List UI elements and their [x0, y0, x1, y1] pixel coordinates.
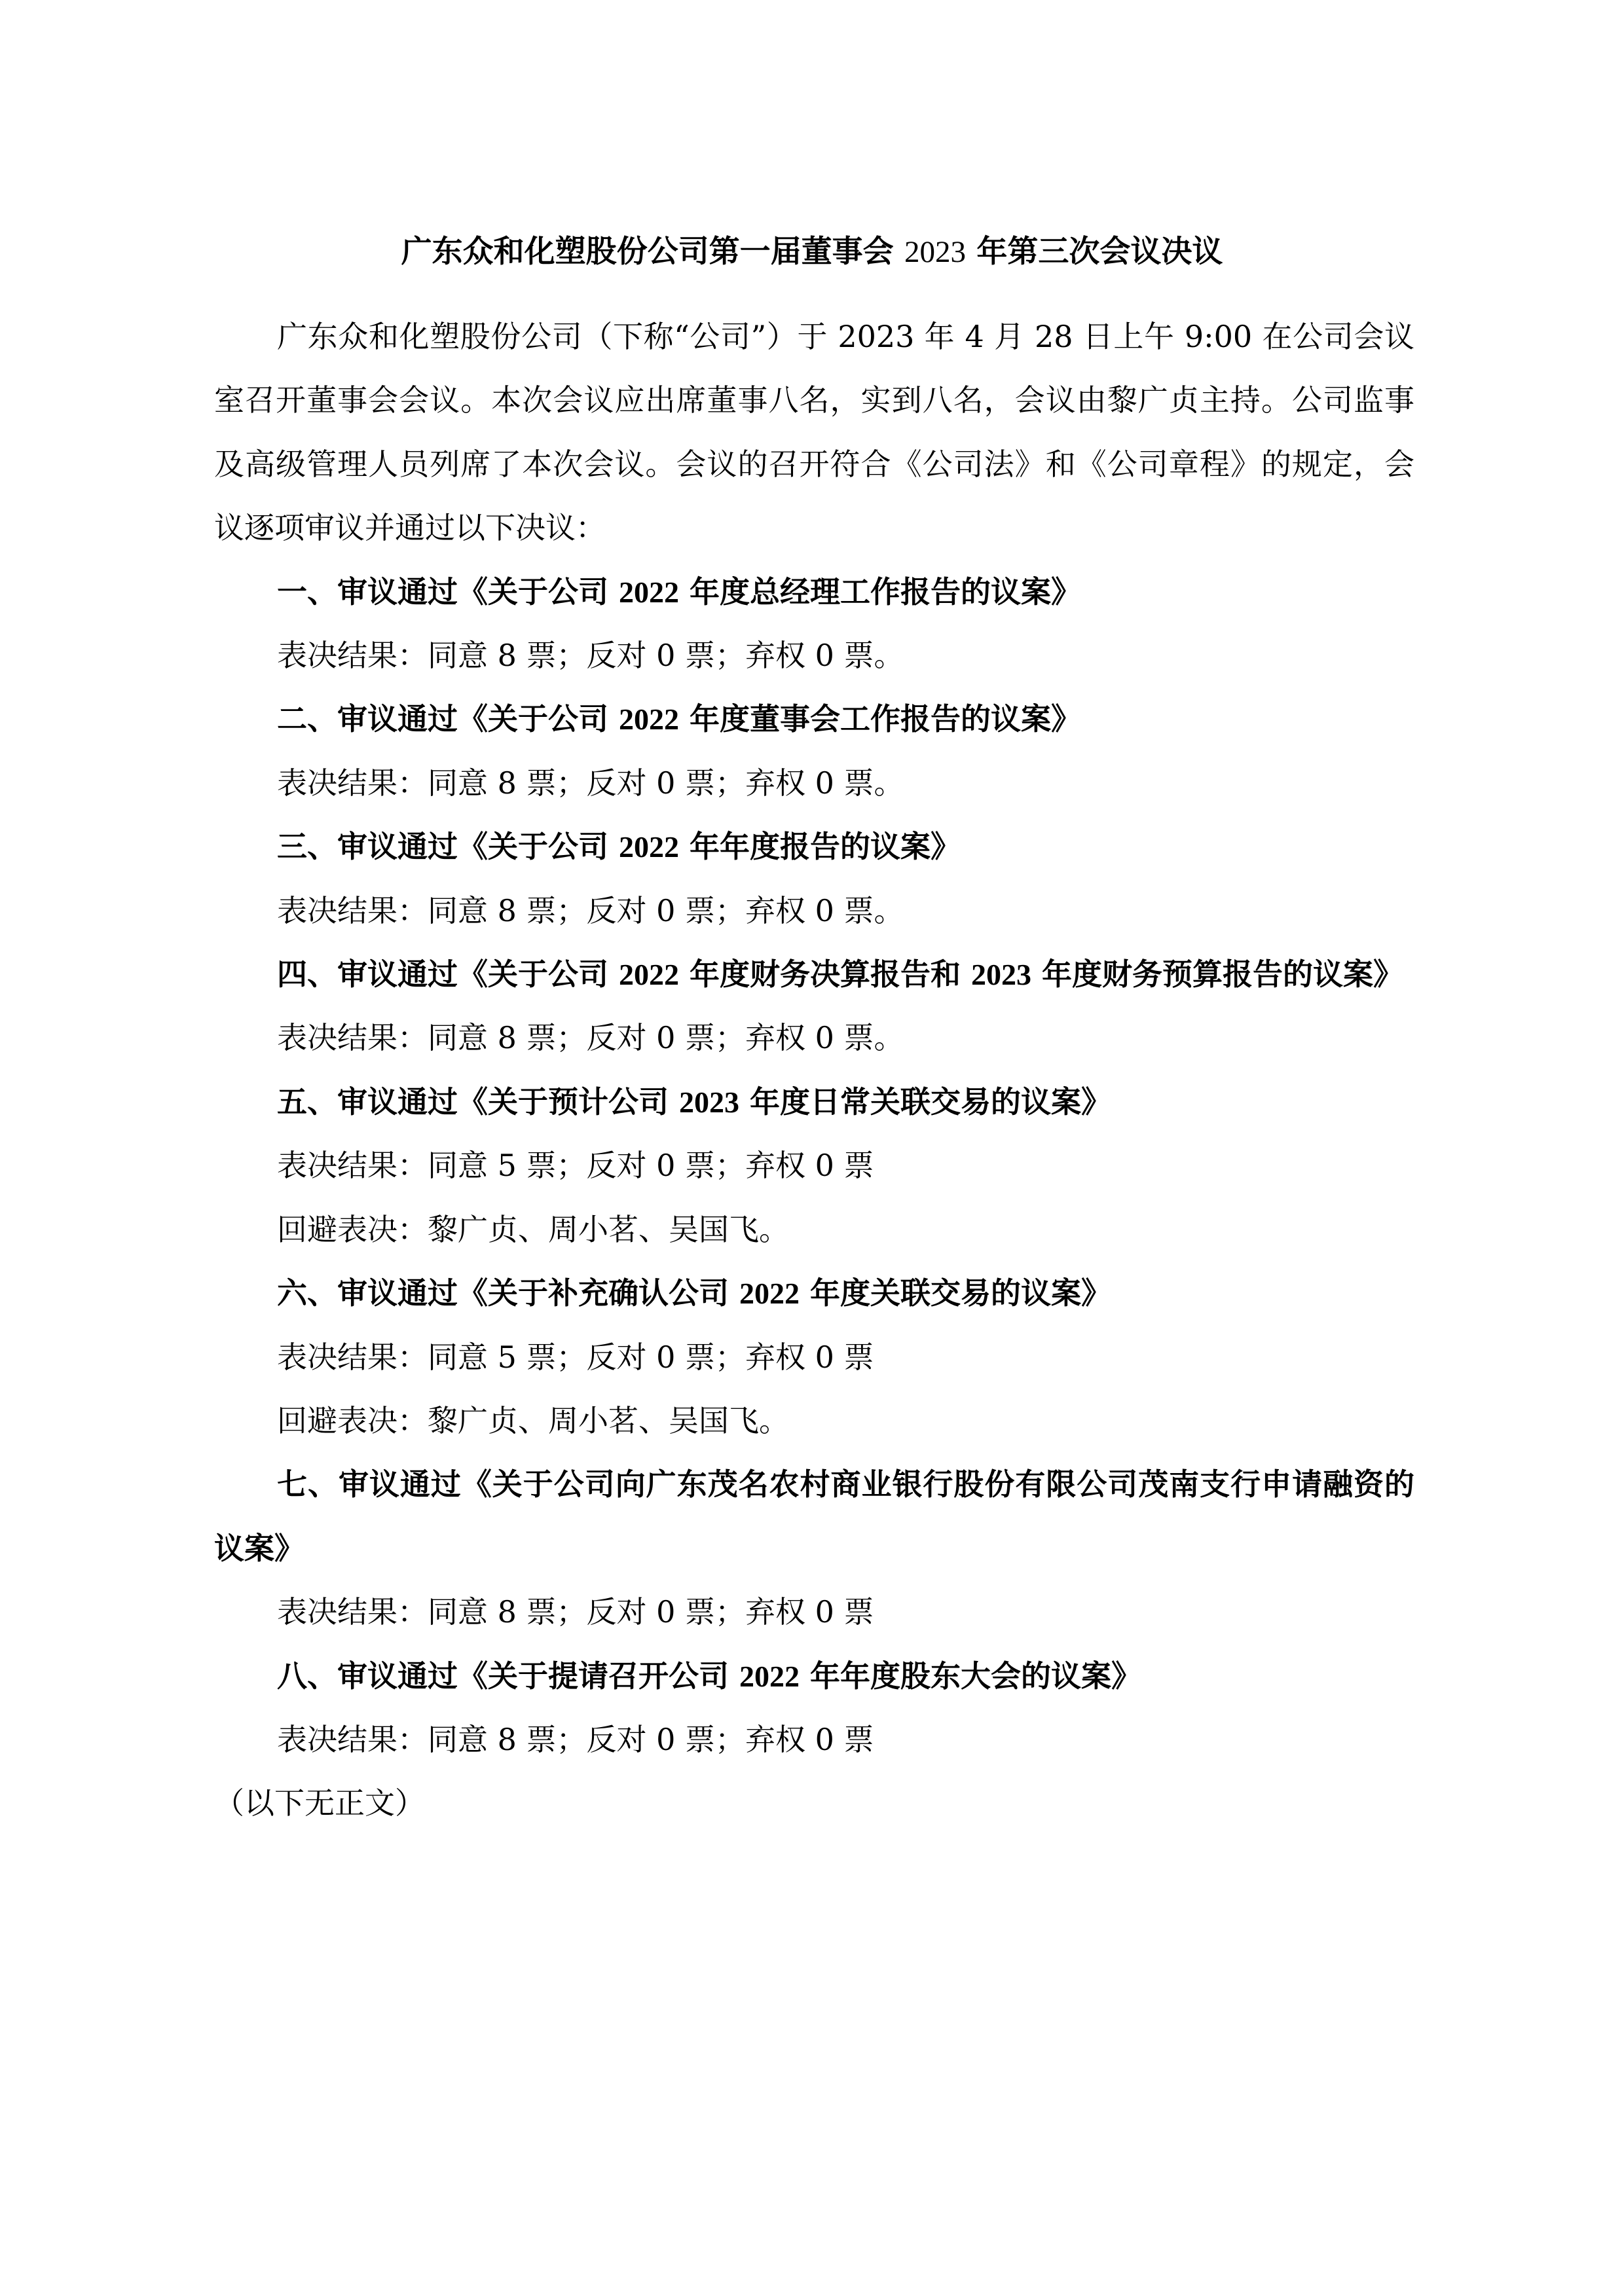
resolution-heading: 三、审议通过《关于公司 2022 年年度报告的议案》: [214, 815, 1414, 879]
resolution-heading: 六、审议通过《关于补充确认公司 2022 年度关联交易的议案》: [214, 1262, 1414, 1325]
resolution-heading: 七、审议通过《关于公司向广东茂名农村商业银行股份有限公司茂南支行申请融资的议案》: [214, 1453, 1414, 1580]
vote-result: 表决结果：同意 8 票；反对 0 票；弃权 0 票。: [214, 752, 1414, 815]
resolution-heading-text: 三、审议通过《关于公司: [277, 829, 619, 864]
resolution-year: 2022: [619, 702, 679, 736]
title-suffix: 年第三次会议决议: [976, 234, 1223, 270]
intro-paragraph: 广东众和化塑股份公司（下称“公司”）于 2023 年 4 月 28 日上午 9:…: [214, 305, 1414, 560]
resolution-heading-text: 年度财务决算报告和: [679, 957, 971, 992]
vote-result: 表决结果：同意 8 票；反对 0 票；弃权 0 票。: [214, 1006, 1414, 1070]
resolution-year: 2022: [739, 1277, 800, 1310]
vote-result: 表决结果：同意 8 票；反对 0 票；弃权 0 票: [214, 1708, 1414, 1772]
vote-result: 表决结果：同意 8 票；反对 0 票；弃权 0 票。: [214, 624, 1414, 687]
resolution-year: 2022: [619, 958, 679, 991]
resolution-heading-text: 四、审议通过《关于公司: [277, 957, 619, 992]
resolution-heading-text: 五、审议通过《关于预计公司: [277, 1084, 679, 1120]
resolution-heading-text: 二、审议通过《关于公司: [277, 701, 619, 737]
resolution-year: 2022: [739, 1660, 800, 1693]
resolution-heading-text: 六、审议通过《关于补充确认公司: [277, 1275, 739, 1311]
resolution-heading-text: 一、审议通过《关于公司: [277, 574, 619, 610]
resolution-heading-text: 年年度报告的议案》: [679, 829, 961, 864]
resolution-heading-text: 八、审议通过《关于提请召开公司: [277, 1658, 739, 1694]
recusal-note: 回避表决：黎广贞、周小茗、吴国飞。: [214, 1198, 1414, 1262]
resolution-heading-text: 年度日常关联交易的议案》: [739, 1084, 1111, 1120]
document-body: 广东众和化塑股份公司（下称“公司”）于 2023 年 4 月 28 日上午 9:…: [214, 305, 1414, 1836]
vote-result: 表决结果：同意 8 票；反对 0 票；弃权 0 票: [214, 1580, 1414, 1644]
resolution-heading: 八、审议通过《关于提请召开公司 2022 年年度股东大会的议案》: [214, 1645, 1414, 1708]
vote-result: 表决结果：同意 5 票；反对 0 票；弃权 0 票: [214, 1326, 1414, 1389]
document-page: 广东众和化塑股份公司第一届董事会 2023 年第三次会议决议 广东众和化塑股份公…: [0, 0, 1624, 2296]
resolution-year: 2022: [619, 830, 679, 864]
recusal-note: 回避表决：黎广贞、周小茗、吴国飞。: [214, 1389, 1414, 1453]
resolution-heading: 四、审议通过《关于公司 2022 年度财务决算报告和 2023 年度财务预算报告…: [214, 943, 1414, 1006]
title-year: 2023: [904, 235, 966, 269]
resolution-year: 2023: [971, 958, 1031, 991]
resolution-heading-text: 年年度股东大会的议案》: [800, 1658, 1141, 1694]
resolution-year: 2023: [679, 1085, 739, 1119]
closing-note: （以下无正文）: [214, 1772, 1414, 1835]
resolution-heading: 一、审议通过《关于公司 2022 年度总经理工作报告的议案》: [214, 560, 1414, 624]
resolution-heading-text: 年度董事会工作报告的议案》: [679, 701, 1081, 737]
resolution-heading-text: 年度关联交易的议案》: [800, 1275, 1111, 1311]
title-prefix: 广东众和化塑股份公司第一届董事会: [401, 234, 894, 270]
resolution-heading: 二、审议通过《关于公司 2022 年度董事会工作报告的议案》: [214, 687, 1414, 751]
document-title: 广东众和化塑股份公司第一届董事会 2023 年第三次会议决议: [0, 220, 1624, 284]
resolution-heading-text: 年度财务预算报告的议案》: [1031, 957, 1403, 992]
resolution-heading-text: 年度总经理工作报告的议案》: [679, 574, 1081, 610]
resolution-heading: 五、审议通过《关于预计公司 2023 年度日常关联交易的议案》: [214, 1070, 1414, 1134]
resolutions-list: 一、审议通过《关于公司 2022 年度总经理工作报告的议案》表决结果：同意 8 …: [214, 560, 1414, 1772]
resolution-year: 2022: [619, 575, 679, 609]
vote-result: 表决结果：同意 8 票；反对 0 票；弃权 0 票。: [214, 879, 1414, 943]
vote-result: 表决结果：同意 5 票；反对 0 票；弃权 0 票: [214, 1134, 1414, 1197]
resolution-heading-text: 七、审议通过《关于公司向广东茂名农村商业银行股份有限公司茂南支行申请融资的议案》: [214, 1467, 1414, 1565]
